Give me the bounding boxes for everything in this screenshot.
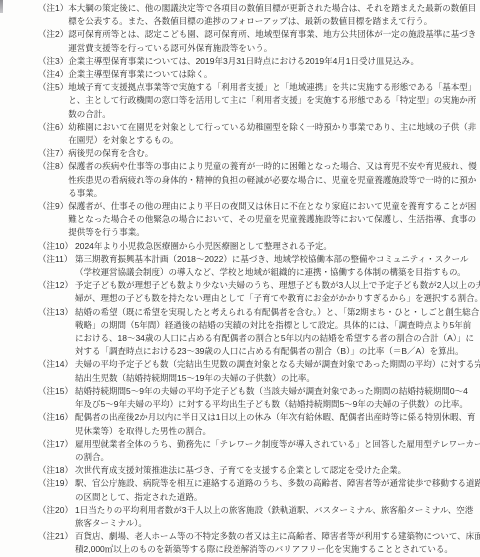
footnote-text: 雇用型就業者全体のうち、勤務先に「テレワーク制度等が導入されている」と回答した雇… [75,438,474,464]
footnote-text: 結婚持続期間5〜9年の夫婦の平均予定子ども数（当該夫婦が調査対象であった期間の結… [75,385,474,411]
footnote-text: 企業主導型保育事業については除く。 [68,68,474,81]
footnote-line: 百貨店、劇場、老人ホーム等の不特定多数の者又は主に高齢者、障害者等が利用する建築… [75,530,474,543]
footnote-line: 認可保育所等とは、認定こども園、認可保育所、地域型保育事業、地方公共団体が一定の… [68,28,474,41]
footnote-line: 対する「調査時点における23〜39歳の人口に占める有配偶者の割合（B）」の比率（… [75,345,474,358]
footnote-label: （注21） [38,530,75,543]
footnote-label: （注15） [38,385,75,398]
footnote-label: （注20） [38,504,75,517]
footnote-text: 保護者の疾病や仕事等の事由により児童の養育が一時的に困難となった場合、又は育児不… [68,160,474,200]
footnote-text: 本大綱の策定後に、他の閣議決定等で各項目の数値目標が更新された場合は、それを踏ま… [68,2,474,28]
footnote-line: 雇用型就業者全体のうち、勤務先に「テレワーク制度等が導入されている」と回答した雇… [75,438,474,451]
footnote-line: 標を公表する。また、各数値目標の進捗のフォローアップは、最新の数値目標を踏まえて… [68,15,474,28]
footnote-line: 2024年より小児救急医療圏から小児医療圏として整理される予定。 [75,240,474,253]
footnote-line: における、18〜34歳の人口に占める有配偶者の割合と5年以内の結婚を希望する者の… [75,332,474,345]
footnote-label: （注8） [38,160,68,173]
footnote-line: 積2,000㎡以上のものを新築等する際に段差解消等のバリアフリー化を実施すること… [75,543,474,556]
footnote: （注6） 幼稚園において在園児を対象として行っている幼稚園型を除く一時預かり事業… [38,121,474,147]
footnote-line: 年及び5〜9年夫婦の平均）に対する平均出生子ども数（結婚持続期間5〜9年の夫婦の… [75,398,474,411]
footnote-line: 配偶者の出産後2か月以内に半日又は1日以上の休み（年次有給休暇、配偶者出産時等に… [75,411,474,424]
footnote-line: 旅客ターミナル）。 [75,517,474,530]
document-page: （注1） 本大綱の策定後に、他の閣議決定等で各項目の数値目標が更新された場合は、… [0,0,480,557]
footnote-line: 性疾患児の看病疲れ等の身体的・精神的負担の軽減が必要な場合に、児童を児童養護施設… [68,174,474,187]
footnote: （注3） 企業主導型保育事業については、2019年3月31日時点における2019… [38,55,474,68]
footnote-label: （注2） [38,28,68,41]
footnote-text: 配偶者の出産後2か月以内に半日又は1日以上の休み（年次有給休暇、配偶者出産時等に… [75,411,474,437]
footnote: （注8） 保護者の疾病や仕事等の事由により児童の養育が一時的に困難となった場合、… [38,160,474,200]
footnote-line: 提供等を行う事業。 [68,226,474,239]
footnote-line: 婦が、理想の子ども数を持たない理由として「子育てや教育にお金がかかりすぎるから」… [75,292,474,305]
footnote-text: 百貨店、劇場、老人ホーム等の不特定多数の者又は主に高齢者、障害者等が利用する建築… [75,530,474,556]
footnote-line: 結出生児数（結婚持続期間15〜19年の夫婦の子供数）の比率。 [75,372,474,385]
footnote-line: 1日当たりの平均利用者数が3千人以上の旅客施設（鉄軌道駅、バスターミナル、旅客船… [75,504,474,517]
footnote: （注17） 雇用型就業者全体のうち、勤務先に「テレワーク制度等が導入されている」… [38,438,474,464]
footnote-label: （注11） [38,253,75,266]
footnote-text: 2024年より小児救急医療圏から小児医療圏として整理される予定。 [75,240,474,253]
footnote: （注20） 1日当たりの平均利用者数が3千人以上の旅客施設（鉄軌道駅、バスターミ… [38,504,474,530]
footnote-line: 夫婦の平均予定子ども数（完結出生児数の調査対象となる夫婦が調査対象であった期間の… [75,358,474,371]
footnotes-list: （注1） 本大綱の策定後に、他の閣議決定等で各項目の数値目標が更新された場合は、… [38,2,474,557]
footnote-line: 在園児）を対象とするもの。 [68,134,474,147]
footnote-text: 第三期教育振興基本計画（2018〜2022）に基づき、地域学校協働本部の整備やコ… [75,253,474,279]
footnote: （注10） 2024年より小児救急医療圏から小児医療圏として整理される予定。 [38,240,474,253]
footnote-text: 認可保育所等とは、認定こども園、認可保育所、地域型保育事業、地方公共団体が一定の… [68,28,474,54]
footnote-label: （注14） [38,358,75,371]
footnote-line: 数の合計。 [68,108,474,121]
footnote-line: （学校運営協議会制度）の導入など、学校と地域が組織的に連携・協働する体制の構築を… [75,266,474,279]
footnote-text: 次世代育成支援対策推進法に基づき、子育てを支援する企業として認定を受けた企業。 [75,464,474,477]
footnote-label: （注10） [38,240,75,253]
footnote-label: （注3） [38,55,68,68]
footnote-line: 次世代育成支援対策推進法に基づき、子育てを支援する企業として認定を受けた企業。 [75,464,474,477]
footnote-label: （注17） [38,438,75,451]
footnote: （注11） 第三期教育振興基本計画（2018〜2022）に基づき、地域学校協働本… [38,253,474,279]
footnote-text: 幼稚園において在園児を対象として行っている幼稚園型を除く一時預かり事業であり、主… [68,121,474,147]
footnote-line: 駅、官公庁施設、病院等を相互に連絡する道路のうち、多数の高齢者、障害者等が通常徒… [75,477,474,490]
footnote-line: の区間として、指定された道路。 [75,491,474,504]
footnote: （注19） 駅、官公庁施設、病院等を相互に連絡する道路のうち、多数の高齢者、障害… [38,477,474,503]
footnote: （注4） 企業主導型保育事業については除く。 [38,68,474,81]
footnote-line: 保護者の疾病や仕事等の事由により児童の養育が一時的に困難となった場合、又は育児不… [68,160,474,173]
footnote: （注1） 本大綱の策定後に、他の閣議決定等で各項目の数値目標が更新された場合は、… [38,2,474,28]
footnote-text: 1日当たりの平均利用者数が3千人以上の旅客施設（鉄軌道駅、バスターミナル、旅客船… [75,504,474,530]
footnote-label: （注1） [38,2,68,15]
footnote: （注2） 認可保育所等とは、認定こども園、認可保育所、地域型保育事業、地方公共団… [38,28,474,54]
footnote-label: （注12） [38,279,75,292]
footnote-line: 第三期教育振興基本計画（2018〜2022）に基づき、地域学校協働本部の整備やコ… [75,253,474,266]
footnote-text: 駅、官公庁施設、病院等を相互に連絡する道路のうち、多数の高齢者、障害者等が通常徒… [75,477,474,503]
footnote-text: 病後児の保育を含む。 [68,147,474,160]
footnote-label: （注18） [38,464,75,477]
footnote-line: 難となった場合その他緊急の場合において、その児童を児童養護施設等において保護し、… [68,213,474,226]
footnote: （注18） 次世代育成支援対策推進法に基づき、子育てを支援する企業として認定を受… [38,464,474,477]
footnote-line: 幼稚園において在園児を対象として行っている幼稚園型を除く一時預かり事業であり、主… [68,121,474,134]
footnote-line: 病後児の保育を含む。 [68,147,474,160]
footnote-line: 企業主導型保育事業については、2019年3月31日時点における2019年4月1日… [68,55,474,68]
footnote: （注12） 予定子ども数が理想子ども数より少ない夫婦のうち、理想子ども数が3人以… [38,279,474,305]
footnote: （注16） 配偶者の出産後2か月以内に半日又は1日以上の休み（年次有給休暇、配偶… [38,411,474,437]
footnote-label: （注4） [38,68,68,81]
footnote-line: の割合。 [75,451,474,464]
footnote: （注7） 病後児の保育を含む。 [38,147,474,160]
footnote-text: 企業主導型保育事業については、2019年3月31日時点における2019年4月1日… [68,55,474,68]
footnote-line: 保護者が、仕事その他の理由により平日の夜間又は休日に不在となり家庭において児童を… [68,200,474,213]
footnote-label: （注9） [38,200,68,213]
footnote-text: 保護者が、仕事その他の理由により平日の夜間又は休日に不在となり家庭において児童を… [68,200,474,240]
footnote-text: 地域子育て支援拠点事業等で実施する「利用者支援」と「地域連携」を共に実施する形態… [68,81,474,121]
footnote-label: （注5） [38,81,68,94]
footnote-line: 運営費支援等を行っている認可外保育施設等をいう。 [68,42,474,55]
footnote-line: 結婚の希望（既に希望を実現したと考えられる有配偶者を含む。）と、「第2期まち・ひ… [75,306,474,319]
footnote-line: 本大綱の策定後に、他の閣議決定等で各項目の数値目標が更新された場合は、それを踏ま… [68,2,474,15]
footnote-label: （注7） [38,147,68,160]
footnote-line: 戦略」の期間（5年間）経過後の結婚の実績の対比を指標として設定。具体的には、「調… [75,319,474,332]
footnote-line: 地域子育て支援拠点事業等で実施する「利用者支援」と「地域連携」を共に実施する形態… [68,81,474,94]
footnote-line: 児休業等）を取得した男性の割合。 [75,425,474,438]
scan-edge-artifact [0,0,3,13]
footnote-line: 結婚持続期間5〜9年の夫婦の平均予定子ども数（当該夫婦が調査対象であった期間の結… [75,385,474,398]
footnote: （注14） 夫婦の平均予定子ども数（完結出生児数の調査対象となる夫婦が調査対象で… [38,358,474,384]
footnote-text: 結婚の希望（既に希望を実現したと考えられる有配偶者を含む。）と、「第2期まち・ひ… [75,306,474,359]
footnote-label: （注13） [38,306,75,319]
footnote-label: （注19） [38,477,75,490]
footnote-line: 企業主導型保育事業については除く。 [68,68,474,81]
footnote: （注15） 結婚持続期間5〜9年の夫婦の平均予定子ども数（当該夫婦が調査対象であ… [38,385,474,411]
footnote: （注5） 地域子育て支援拠点事業等で実施する「利用者支援」と「地域連携」を共に実… [38,81,474,121]
footnote: （注13） 結婚の希望（既に希望を実現したと考えられる有配偶者を含む。）と、「第… [38,306,474,359]
footnote-label: （注6） [38,121,68,134]
footnote-label: （注16） [38,411,75,424]
footnote-line: 予定子ども数が理想子ども数より少ない夫婦のうち、理想子ども数が3人以上で予定子ど… [75,279,474,292]
footnote-line: る事業。 [68,187,474,200]
footnote-text: 予定子ども数が理想子ども数より少ない夫婦のうち、理想子ども数が3人以上で予定子ど… [75,279,474,305]
footnote-line: と、主として行政機関の窓口等を活用して主に「利用者支援」を実施する形態である「特… [68,94,474,107]
footnote-text: 夫婦の平均予定子ども数（完結出生児数の調査対象となる夫婦が調査対象であった期間の… [75,358,474,384]
footnote: （注9） 保護者が、仕事その他の理由により平日の夜間又は休日に不在となり家庭にお… [38,200,474,240]
footnote: （注21） 百貨店、劇場、老人ホーム等の不特定多数の者又は主に高齢者、障害者等が… [38,530,474,556]
